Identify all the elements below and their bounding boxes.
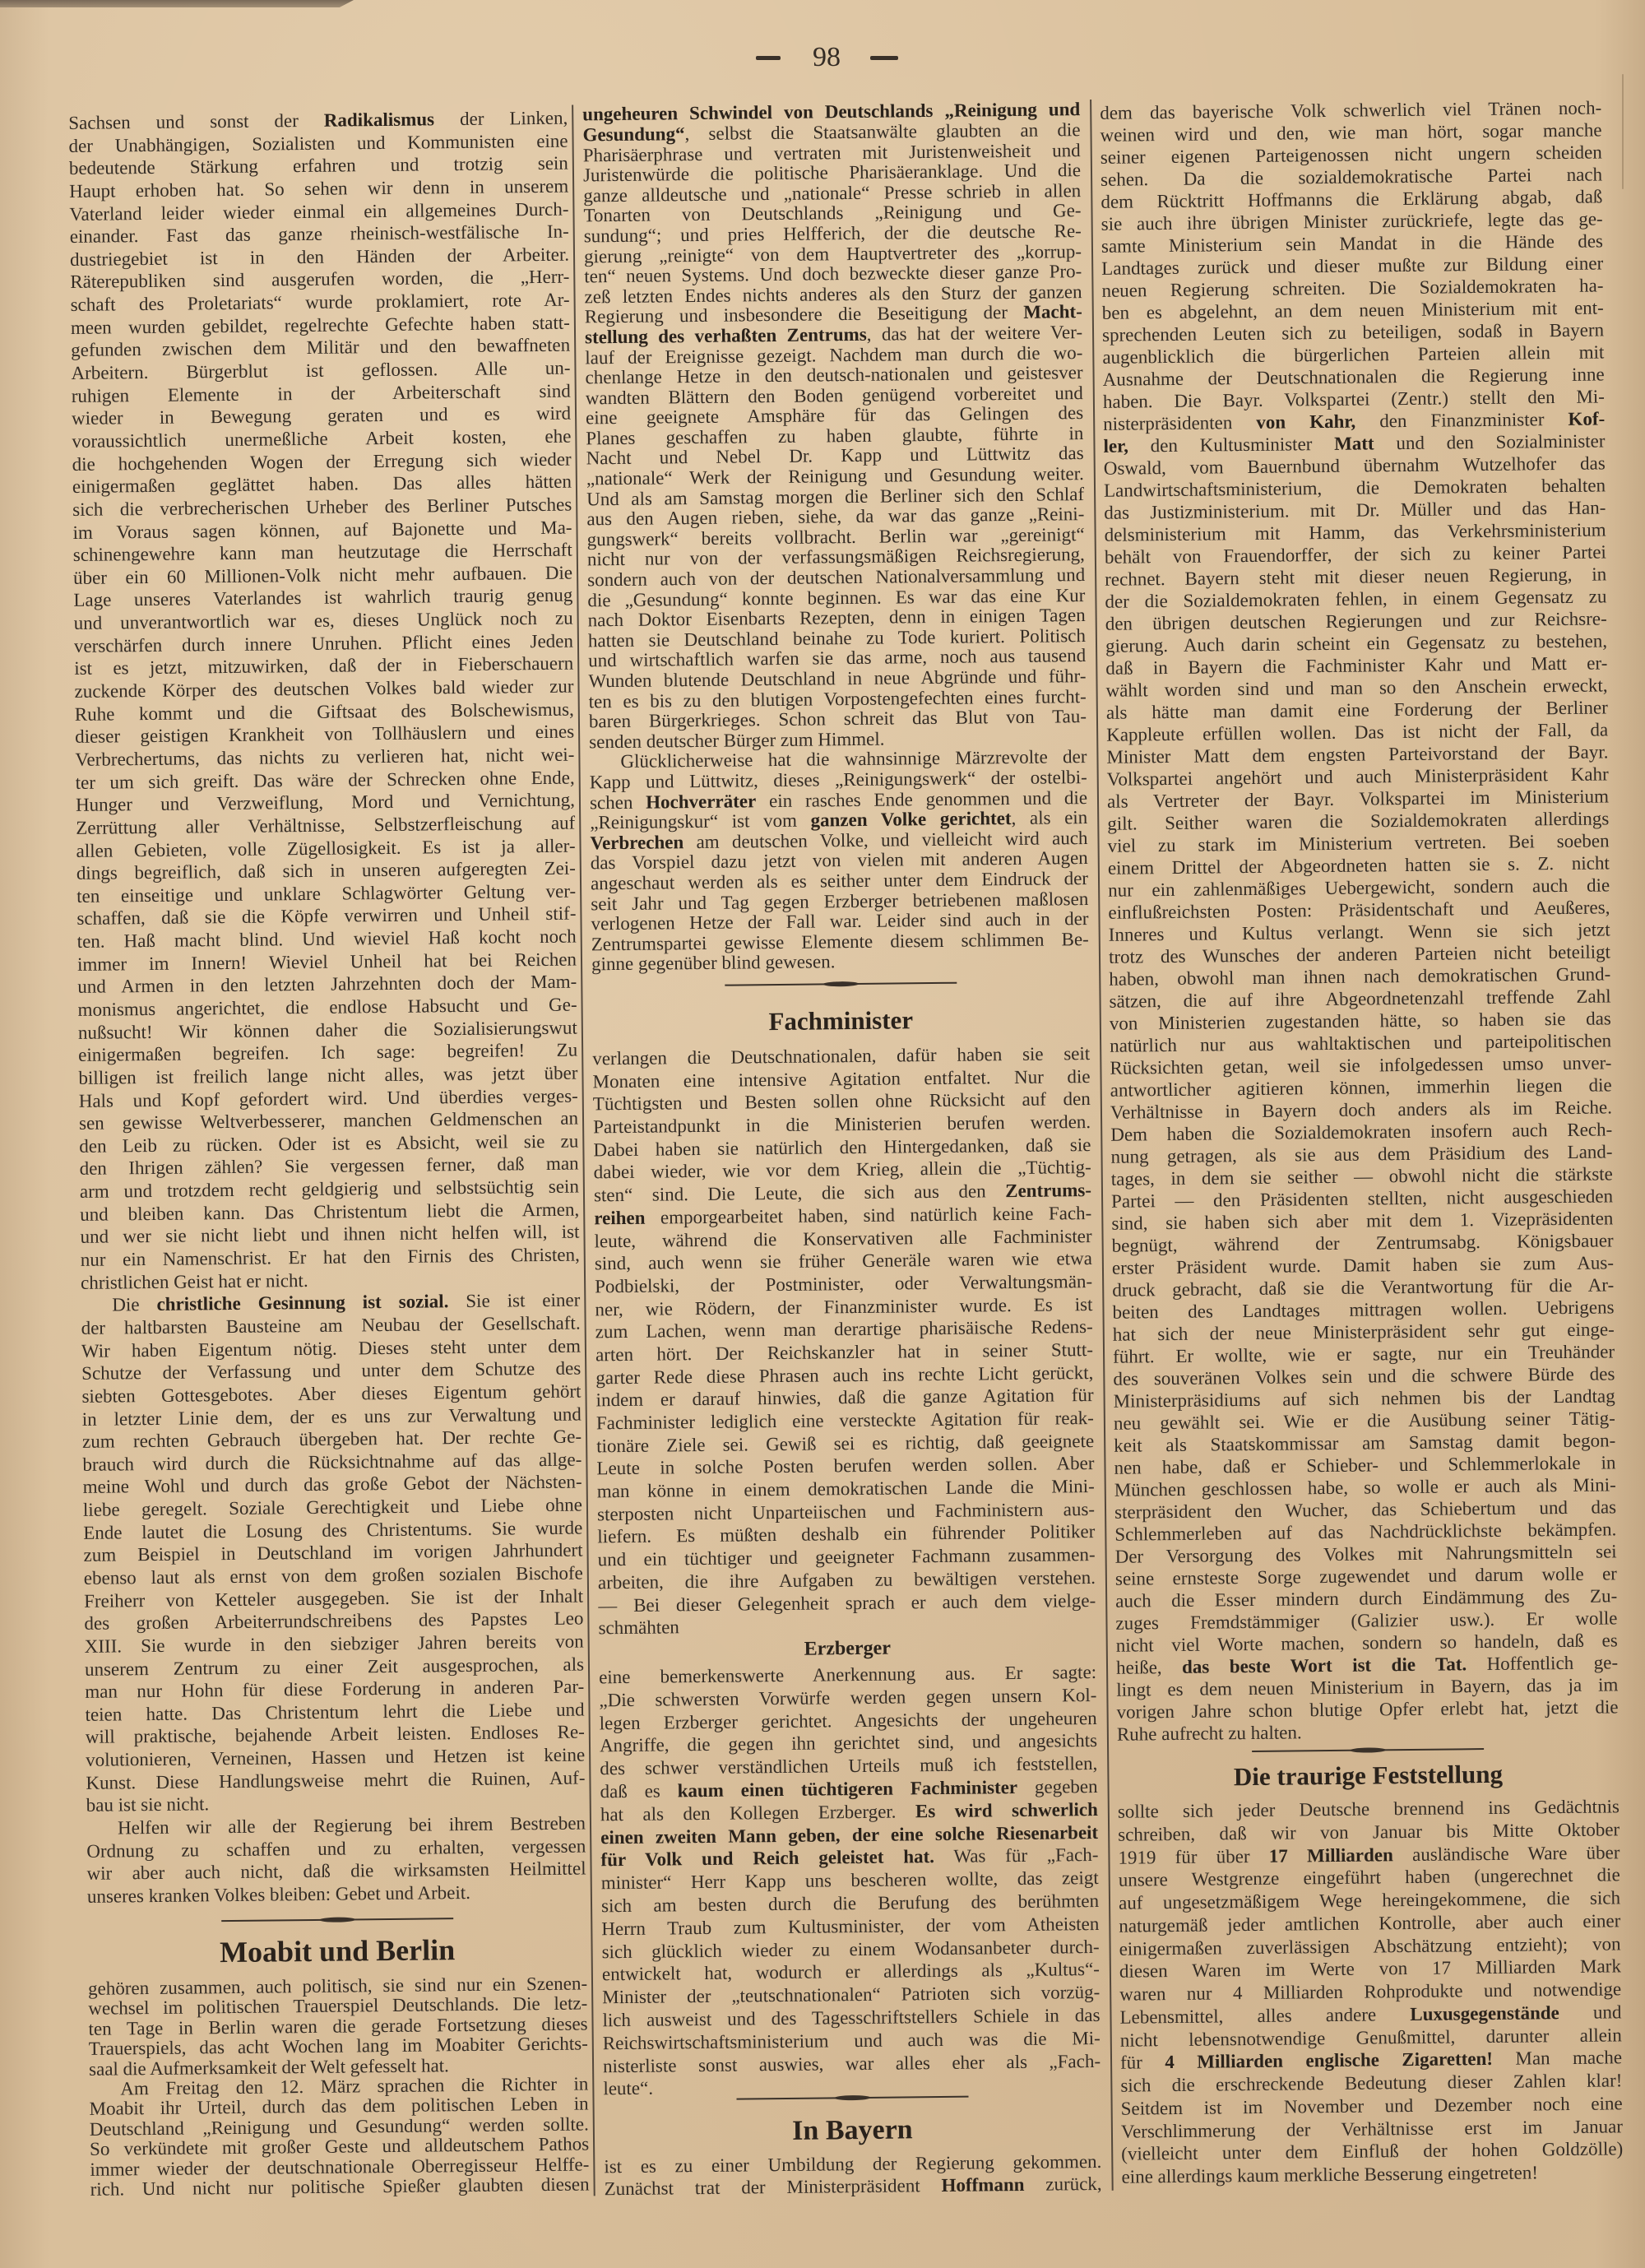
bold-text-run: stellung des verhaßten Zentrums — [585, 324, 867, 348]
bold-text-run: Matt — [1334, 433, 1374, 454]
text-line: unseres kranken Volkes bleiben: Gebet un… — [87, 1880, 586, 1908]
text-run: nisterpräsidenten — [1103, 412, 1256, 434]
page-number-dash-right — [870, 56, 898, 60]
text-run: Hoffentlich ge- — [1467, 1652, 1618, 1674]
article-heading-feststellung: Die traurige Feststellung — [1117, 1756, 1619, 1794]
article-heading-in-bayern: In Bayern — [604, 2112, 1101, 2150]
text-run: Man mache — [1493, 2048, 1622, 2070]
text-run: heiße, — [1116, 1657, 1182, 1678]
text-run: ausländische Ware über — [1393, 1842, 1620, 1865]
page-edge-crease — [1622, 74, 1624, 189]
article-heading-fachminister: Fachminister — [592, 1002, 1090, 1040]
page-number-header: 98 — [740, 38, 913, 77]
bold-text-run: Radikalismus — [324, 109, 434, 130]
bold-text-run: Macht- — [1023, 302, 1082, 322]
text-run: Sachsen und sonst der — [68, 110, 324, 133]
column-right: dem das bayerische Volk schwerlich viel … — [1100, 82, 1624, 2210]
text-run: Zunächst trat der Ministerpräsident — [605, 2174, 942, 2198]
text-run: Was für „Fach- — [934, 1844, 1099, 1867]
bold-text-run: Hoffmann — [941, 2173, 1024, 2195]
subheading-erzberger: Erzberger — [599, 1634, 1096, 1663]
bold-text-run: ganzen Volke gerichtet — [810, 808, 1011, 831]
text-run: und den Sozialminister — [1374, 430, 1606, 453]
bold-text-run: Zentrums- — [1005, 1180, 1091, 1201]
bold-text-run: Gesundung“ — [582, 123, 684, 145]
bold-text-run: von Kahr, — [1256, 410, 1355, 432]
page-content: Sachsen und sonst der Radikalismus der L… — [66, 82, 1634, 2221]
text-run: hat als den Kollegen Erzberger. — [600, 1801, 915, 1825]
text-run: Sie ist einer — [448, 1290, 580, 1312]
bold-text-run: für Volk und Reich geleistet hat. — [600, 1846, 934, 1870]
bold-text-run: Hochverräter — [646, 791, 756, 812]
column-middle: ungeheuren Schwindel von Deutschlands „R… — [582, 88, 1102, 2215]
text-run: Die — [112, 1294, 156, 1315]
bold-text-run: Kof- — [1568, 408, 1605, 429]
text-run: der Linken, — [434, 108, 568, 130]
text-line: eine allerdings kaum merkliche Besserung… — [1121, 2160, 1623, 2188]
article-body-moabit-continued: ungeheuren Schwindel von Deutschlands „R… — [582, 100, 1089, 975]
article-body-moabit: gehören zusammen, auch politisch, sie si… — [88, 1973, 590, 2200]
text-line: Zunächst trat der Ministerpräsident Hoff… — [604, 2172, 1101, 2199]
bold-text-run: kaum einen tüchtigeren Fachminister — [677, 1777, 1017, 1801]
text-run: sten“ sind. Die Leute, die sich aus den — [594, 1180, 1005, 1205]
bold-text-run: Verbrechen — [590, 832, 683, 853]
text-run: schen — [590, 791, 646, 813]
bold-text-run: ler, — [1103, 435, 1128, 456]
newspaper-page: 98 Sachsen und sonst der Radikalismus de… — [0, 0, 1645, 2268]
text-run: daß es — [600, 1780, 677, 1802]
text-run: 1919 für über — [1118, 1845, 1269, 1867]
bold-text-run: christliche Gesinnung ist sozial. — [156, 1292, 448, 1315]
text-run: Lebensmittel, alles andere — [1119, 2004, 1410, 2028]
section-divider — [1252, 1748, 1484, 1752]
bold-text-run: reihen — [594, 1208, 645, 1229]
text-run: emporgearbeitet haben, sind natürlich ke… — [645, 1203, 1091, 1228]
text-run: , das hat der weitere Ver- — [867, 322, 1083, 345]
column-left: Sachsen und sonst der Radikalismus der L… — [68, 94, 590, 2221]
text-run: für — [1120, 2052, 1165, 2073]
text-run: und — [1559, 2001, 1622, 2023]
text-run: gegeben — [1017, 1776, 1098, 1797]
text-run: , als ein — [1011, 808, 1087, 828]
article-body-erzberger: eine bemerkenswerte Anerkennung aus. Er … — [599, 1661, 1101, 2100]
text-line: rich. Und nicht nur politische Spießer g… — [90, 2174, 589, 2200]
text-run: den Finanzminister — [1355, 409, 1569, 432]
bold-text-run: 17 Milliarden — [1269, 1844, 1393, 1867]
text-run: ein rasches Ende genommen und die — [756, 788, 1087, 811]
article-body-in-bayern: ist es zu einer Umbildung der Regierung … — [604, 2150, 1102, 2199]
article-body-feststellung: sollte sich jeder Deutsche brennend ins … — [1118, 1795, 1624, 2188]
bold-text-run: 4 Milliarden englische Zigaretten! — [1165, 2048, 1493, 2072]
text-line: ginne gegenüber blind gewesen. — [591, 949, 1089, 975]
bold-text-run: Luxusgegenstände — [1410, 2002, 1559, 2025]
section-divider — [725, 982, 957, 986]
section-divider — [221, 1918, 453, 1922]
bold-text-run: das beste Wort ist die Tat. — [1182, 1653, 1467, 1677]
text-run: zurück, — [1024, 2173, 1101, 2194]
bold-text-run: Es wird schwerlich — [915, 1799, 1098, 1821]
bold-text-run: einen zweiten Mann geben, der eine solch… — [600, 1822, 1098, 1848]
article-heading-moabit: Moabit und Berlin — [87, 1932, 586, 1969]
text-run: „Reinigungskur“ ist vom — [590, 810, 811, 833]
text-run: den Kultusminister — [1128, 434, 1334, 457]
article-body-fachminister: verlangen die Deutschnationalen, dafür h… — [592, 1042, 1096, 1640]
article-body-continuation: Sachsen und sonst der Radikalismus der L… — [68, 107, 586, 1909]
article-body-in-bayern-continued: dem das bayerische Volk schwerlich viel … — [1100, 96, 1619, 1745]
text-line: Ruhe aufrecht zu halten. — [1117, 1718, 1619, 1745]
page-edge-shadow — [0, 0, 354, 7]
